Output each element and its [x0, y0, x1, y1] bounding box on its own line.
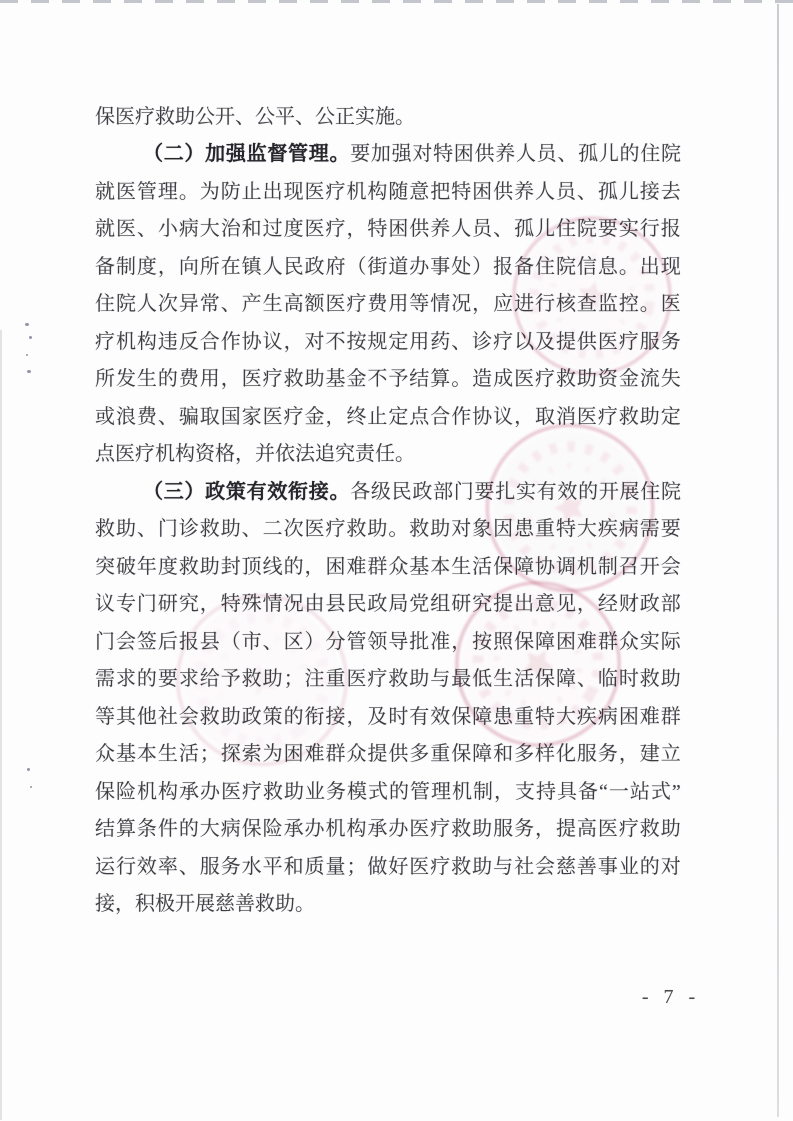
text-line: 接，积极开展慈善救助。	[95, 886, 681, 924]
text-line: 议专门研究，特殊情况由县民政局党组研究提出意见，经财政部	[95, 586, 681, 624]
text-line: 备制度，向所在镇人民政府（街道办事处）报备住院信息。出现	[95, 248, 681, 286]
text-block: 保医疗救助公开、公平、公正实施。（二）加强监督管理。要加强对特困供养人员、孤儿的…	[95, 98, 681, 923]
scan-speckle	[29, 336, 32, 339]
text-line: 结算条件的大病保险承办机构承办医疗救助服务，提高医疗救助	[95, 811, 681, 849]
text-line: 救助、门诊救助、二次医疗救助。救助对象因患重特大疾病需要	[95, 511, 681, 549]
text-line: 突破年度救助封顶线的，困难群众基本生活保障协调机制召开会	[95, 548, 681, 586]
scan-edge-left	[0, 330, 2, 1120]
text-line: 门会签后报县（市、区）分管领导批准，按照保障困难群众实际	[95, 623, 681, 661]
text-line: （三）政策有效衔接。各级民政部门要扎实有效的开展住院	[95, 473, 681, 511]
document-page: 保医疗救助公开、公平、公正实施。（二）加强监督管理。要加强对特困供养人员、孤儿的…	[0, 0, 793, 1121]
text-line: 就医管理。为防止出现医疗机构随意把特困供养人员、孤儿接去	[95, 173, 681, 211]
page-number: - 7 -	[626, 986, 716, 1009]
text-line: 众基本生活；探索为困难群众提供多重保障和多样化服务，建立	[95, 736, 681, 774]
text-line: 或浪费、骗取国家医疗金，终止定点合作协议，取消医疗救助定	[95, 398, 681, 436]
text-line: 所发生的费用，医疗救助基金不予结算。造成医疗救助资金流失	[95, 361, 681, 399]
text-line: 就医、小病大治和过度医疗，特困供养人员、孤儿住院要实行报	[95, 211, 681, 249]
scan-speckle	[26, 354, 28, 356]
text-line: 住院人次异常、产生高额医疗费用等情况，应进行核查监控。医	[95, 286, 681, 324]
text-line: 保险机构承办医疗救助业务模式的管理机制，支持具备“一站式”	[95, 773, 681, 811]
text-line: 疗机构违反合作协议，对不按规定用药、诊疗以及提供医疗服务	[95, 323, 681, 361]
text-line: 运行效率、服务水平和质量；做好医疗救助与社会慈善事业的对	[95, 848, 681, 886]
text-line: 等其他社会救助政策的衔接，及时有效保障患重特大疾病困难群	[95, 698, 681, 736]
scan-edge-top	[0, 0, 793, 3]
text-line: （二）加强监督管理。要加强对特困供养人员、孤儿的住院	[95, 136, 681, 174]
text-line: 点医疗机构资格，并依法追究责任。	[95, 436, 681, 474]
scan-speckle	[27, 370, 31, 373]
text-line: 保医疗救助公开、公平、公正实施。	[95, 98, 681, 136]
scan-speckle	[30, 786, 32, 788]
scan-speckle	[27, 768, 30, 771]
scan-edge-right	[777, 4, 779, 1117]
text-line: 需求的要求给予救助；注重医疗救助与最低生活保障、临时救助	[95, 661, 681, 699]
scan-speckle	[25, 323, 29, 326]
